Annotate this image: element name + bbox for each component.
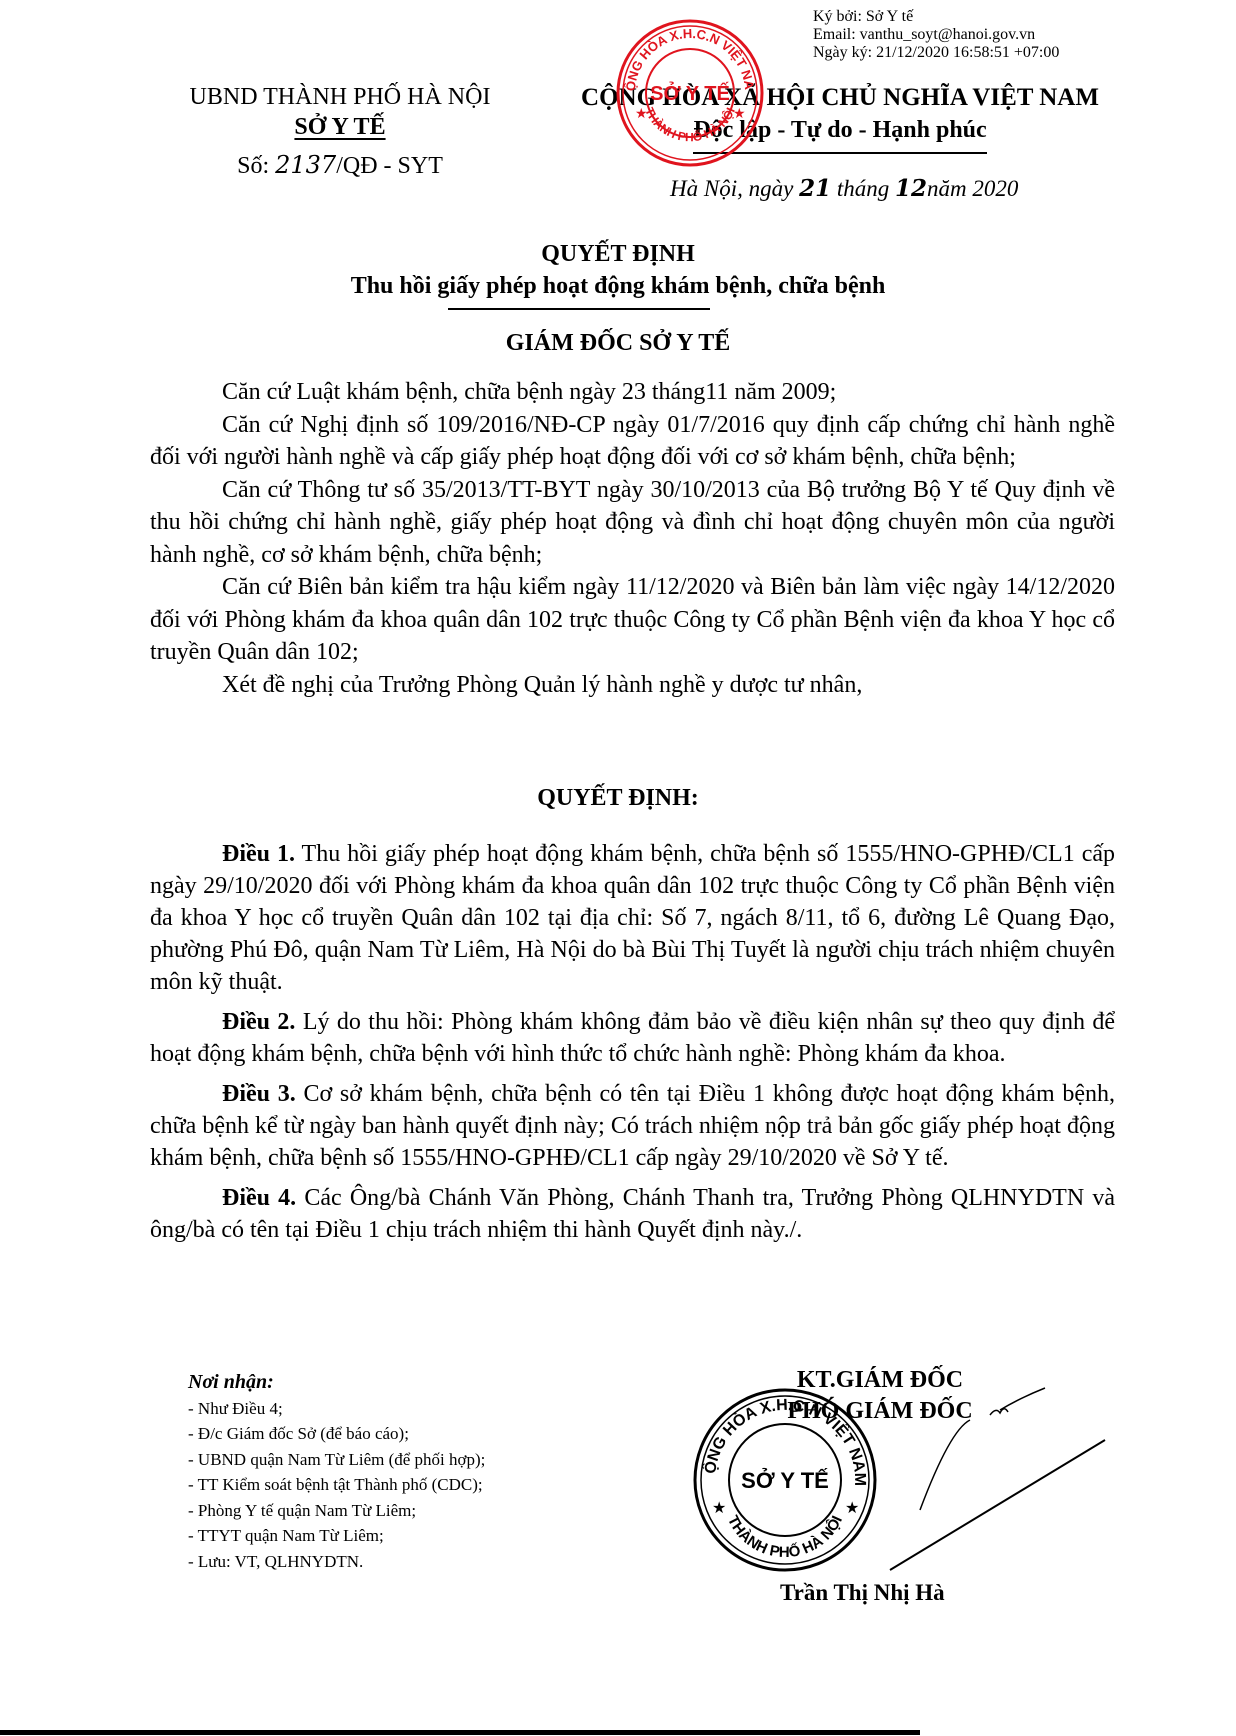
recipient-item: - Lưu: VT, QLHNYDTN. — [188, 1549, 485, 1575]
decision-heading: QUYẾT ĐỊNH: — [150, 785, 1086, 812]
date-place: Hà Nội, ngày — [670, 176, 793, 201]
authority-name: UBND THÀNH PHỐ HÀ NỘI — [150, 82, 530, 112]
department-name: SỞ Y TẾ — [150, 112, 530, 142]
recipients-list: Nơi nhận: - Như Điều 4; - Đ/c Giám đốc S… — [188, 1370, 485, 1574]
title-divider — [448, 308, 710, 310]
basis-item: Căn cứ Thông tư số 35/2013/TT-BYT ngày 3… — [150, 474, 1115, 572]
basis-item: Căn cứ Nghị định số 109/2016/NĐ-CP ngày … — [150, 409, 1115, 474]
document-subject: Thu hồi giấy phép hoạt động khám bệnh, c… — [351, 270, 886, 302]
article-3: Điều 3. Cơ sở khám bệnh, chữa bệnh có tê… — [150, 1078, 1115, 1174]
number-prefix: Số: — [237, 153, 269, 179]
recipient-item: - Đ/c Giám đốc Sở (để báo cáo); — [188, 1421, 485, 1447]
number-handwritten: 2137 — [275, 151, 336, 179]
legal-bases: Căn cứ Luật khám bệnh, chữa bệnh ngày 23… — [150, 376, 1115, 701]
svg-text:CỘNG HÒA X.H.C.N VIỆT NAM: CỘNG HÒA X.H.C.N VIỆT NAM — [615, 18, 757, 92]
date-month-label: tháng — [837, 176, 889, 201]
signed-by: Ký bởi: Sở Y tế — [813, 8, 1059, 26]
signed-date: Ngày ký: 21/12/2020 16:58:51 +07:00 — [813, 44, 1059, 62]
basis-item: Căn cứ Luật khám bệnh, chữa bệnh ngày 23… — [150, 376, 1115, 409]
document-type: QUYẾT ĐỊNH — [150, 238, 1086, 270]
article-2: Điều 2. Lý do thu hồi: Phòng khám không … — [150, 1006, 1115, 1070]
document-number: Số: 2137/QĐ - SYT — [150, 150, 530, 181]
article-label: Điều 4. — [222, 1185, 296, 1211]
signer-email: Email: vanthu_soyt@hanoi.gov.vn — [813, 26, 1059, 44]
date-year: năm 2020 — [927, 176, 1018, 201]
header-left: UBND THÀNH PHỐ HÀ NỘI SỞ Y TẾ Số: 2137/Q… — [150, 82, 530, 181]
recipient-item: - Như Điều 4; — [188, 1396, 485, 1422]
article-1: Điều 1. Thu hồi giấy phép hoạt động khám… — [150, 838, 1115, 998]
article-4: Điều 4. Các Ông/bà Chánh Văn Phòng, Chán… — [150, 1182, 1115, 1246]
recipient-item: - UBND quận Nam Từ Liêm (để phối hợp); — [188, 1447, 485, 1473]
svg-text:★: ★ — [712, 1500, 726, 1517]
basis-item: Căn cứ Biên bản kiểm tra hậu kiểm ngày 1… — [150, 571, 1115, 669]
page-bottom-edge — [0, 1730, 920, 1735]
number-suffix: /QĐ - SYT — [336, 153, 443, 179]
svg-text:THÀNH PHỐ HÀ NỘI: THÀNH PHỐ HÀ NỘI — [642, 105, 738, 144]
date-day: 21 — [799, 175, 831, 202]
recipient-item: - TT Kiểm soát bệnh tật Thành phố (CDC); — [188, 1472, 485, 1498]
svg-text:★: ★ — [845, 1500, 859, 1517]
recipient-item: - TTYT quận Nam Từ Liêm; — [188, 1523, 485, 1549]
recipients-label: Nơi nhận: — [188, 1370, 485, 1396]
issuer-heading: GIÁM ĐỐC SỞ Y TẾ — [150, 330, 1086, 357]
article-label: Điều 3. — [222, 1081, 296, 1107]
svg-text:★: ★ — [635, 107, 648, 122]
official-stamp-red: CỘNG HÒA X.H.C.N VIỆT NAM THÀNH PHỐ HÀ N… — [615, 18, 765, 168]
date-line: Hà Nội, ngày 21 tháng 12năm 2020 — [670, 175, 1018, 202]
recipient-item: - Phòng Y tế quận Nam Từ Liêm; — [188, 1498, 485, 1524]
article-label: Điều 2. — [222, 1009, 295, 1035]
articles: Điều 1. Thu hồi giấy phép hoạt động khám… — [150, 838, 1115, 1254]
article-text: Thu hồi giấy phép hoạt động khám bệnh, c… — [150, 841, 1115, 995]
handwritten-signature — [880, 1370, 1120, 1600]
basis-item: Xét đề nghị của Trưởng Phòng Quản lý hàn… — [150, 669, 1115, 702]
article-text: Cơ sở khám bệnh, chữa bệnh có tên tại Đi… — [150, 1081, 1115, 1171]
official-stamp-black: CỘNG HÒA X.H.C.N VIỆT NAM THÀNH PHỐ HÀ N… — [690, 1385, 880, 1575]
svg-text:★: ★ — [733, 107, 746, 122]
document-title: QUYẾT ĐỊNH Thu hồi giấy phép hoạt động k… — [150, 238, 1086, 302]
article-label: Điều 1. — [222, 841, 295, 867]
article-text: Lý do thu hồi: Phòng khám không đảm bảo … — [150, 1009, 1115, 1067]
signer-name: Trần Thị Nhị Hà — [780, 1580, 945, 1606]
digital-signature-info: Ký bởi: Sở Y tế Email: vanthu_soyt@hanoi… — [813, 8, 1059, 62]
svg-text:SỞ Y TẾ: SỞ Y TẾ — [741, 1468, 829, 1493]
svg-text:SỞ Y TẾ: SỞ Y TẾ — [650, 81, 730, 105]
date-month: 12 — [895, 175, 927, 202]
